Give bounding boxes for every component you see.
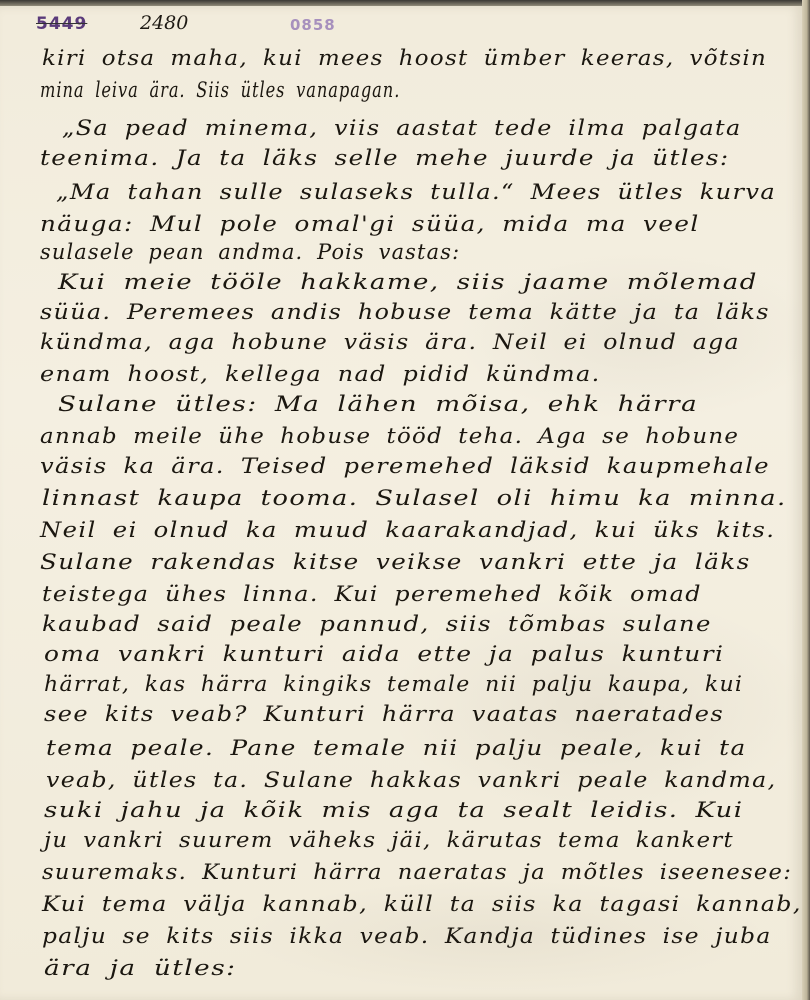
text-line: ära ja ütles:: [44, 956, 237, 980]
text-line: enam hoost, kellega nad pidid kündma.: [40, 362, 601, 386]
text-line: Sulane rakendas kitse veikse vankri ette…: [40, 550, 751, 574]
text-line: linnast kaupa tooma. Sulasel oli himu ka…: [42, 486, 787, 510]
text-line: Sulane ütles: Ma lähen mõisa, ehk härra: [58, 392, 698, 416]
text-line: „Ma tahan sulle sulaseks tulla.“ Mees üt…: [56, 180, 776, 204]
text-line: tema peale. Pane temale nii palju peale,…: [46, 736, 747, 760]
text-line: oma vankri kunturi aida ette ja palus ku…: [44, 642, 724, 666]
text-line: süüa. Peremees andis hobuse tema kätte j…: [40, 300, 770, 324]
text-line: see kits veab? Kunturi härra vaatas naer…: [44, 702, 724, 726]
text-line: kaubad said peale pannud, siis tõmbas su…: [42, 612, 712, 636]
text-line: väsis ka ära. Teised peremehed läksid ka…: [40, 454, 770, 478]
text-line: Kui tema välja kannab, küll ta siis ka t…: [42, 892, 802, 916]
text-line: palju se kits siis ikka veab. Kandja tüd…: [42, 924, 772, 948]
text-line: sulasele pean andma. Pois vastas:: [40, 240, 460, 264]
text-line: mina leiva ära. Siis ütles vanapagan.: [40, 78, 400, 102]
stamp-old-number: 5449: [36, 14, 87, 34]
text-line: teenima. Ja ta läks selle mehe juurde ja…: [40, 146, 730, 170]
manuscript-page: 5449 2480 0858 kiri otsa maha, kui mees …: [0, 6, 802, 1000]
text-line: ju vankri suurem väheks jäi, kärutas tem…: [44, 828, 734, 852]
text-line: Kui meie tööle hakkame, siis jaame mõlem…: [58, 270, 758, 294]
text-line: kiri otsa maha, kui mees hoost ümber kee…: [42, 46, 767, 70]
stamp-faded-number: 0858: [290, 16, 336, 34]
page-binding-edge: [802, 0, 810, 1000]
text-line: näuga: Mul pole omal'gi süüa, mida ma ve…: [40, 212, 700, 236]
text-line: suuremaks. Kunturi härra naeratas ja mõt…: [42, 860, 792, 884]
text-line: annab meile ühe hobuse tööd teha. Aga se…: [40, 424, 739, 448]
text-line: teistega ühes linna. Kui peremehed kõik …: [42, 582, 702, 606]
text-line: härrat, kas härra kingiks temale nii pal…: [44, 672, 743, 696]
text-line: „Sa pead minema, viis aastat tede ilma p…: [62, 116, 742, 140]
text-line: veab, ütles ta. Sulane hakkas vankri pea…: [46, 768, 776, 792]
handwritten-page-number: 2480: [140, 12, 188, 34]
text-line: suki jahu ja kõik mis aga ta sealt leidi…: [44, 798, 743, 822]
text-line: kündma, aga hobune väsis ära. Neil ei ol…: [40, 330, 740, 354]
text-line: Neil ei olnud ka muud kaarakandjad, kui …: [40, 518, 775, 542]
